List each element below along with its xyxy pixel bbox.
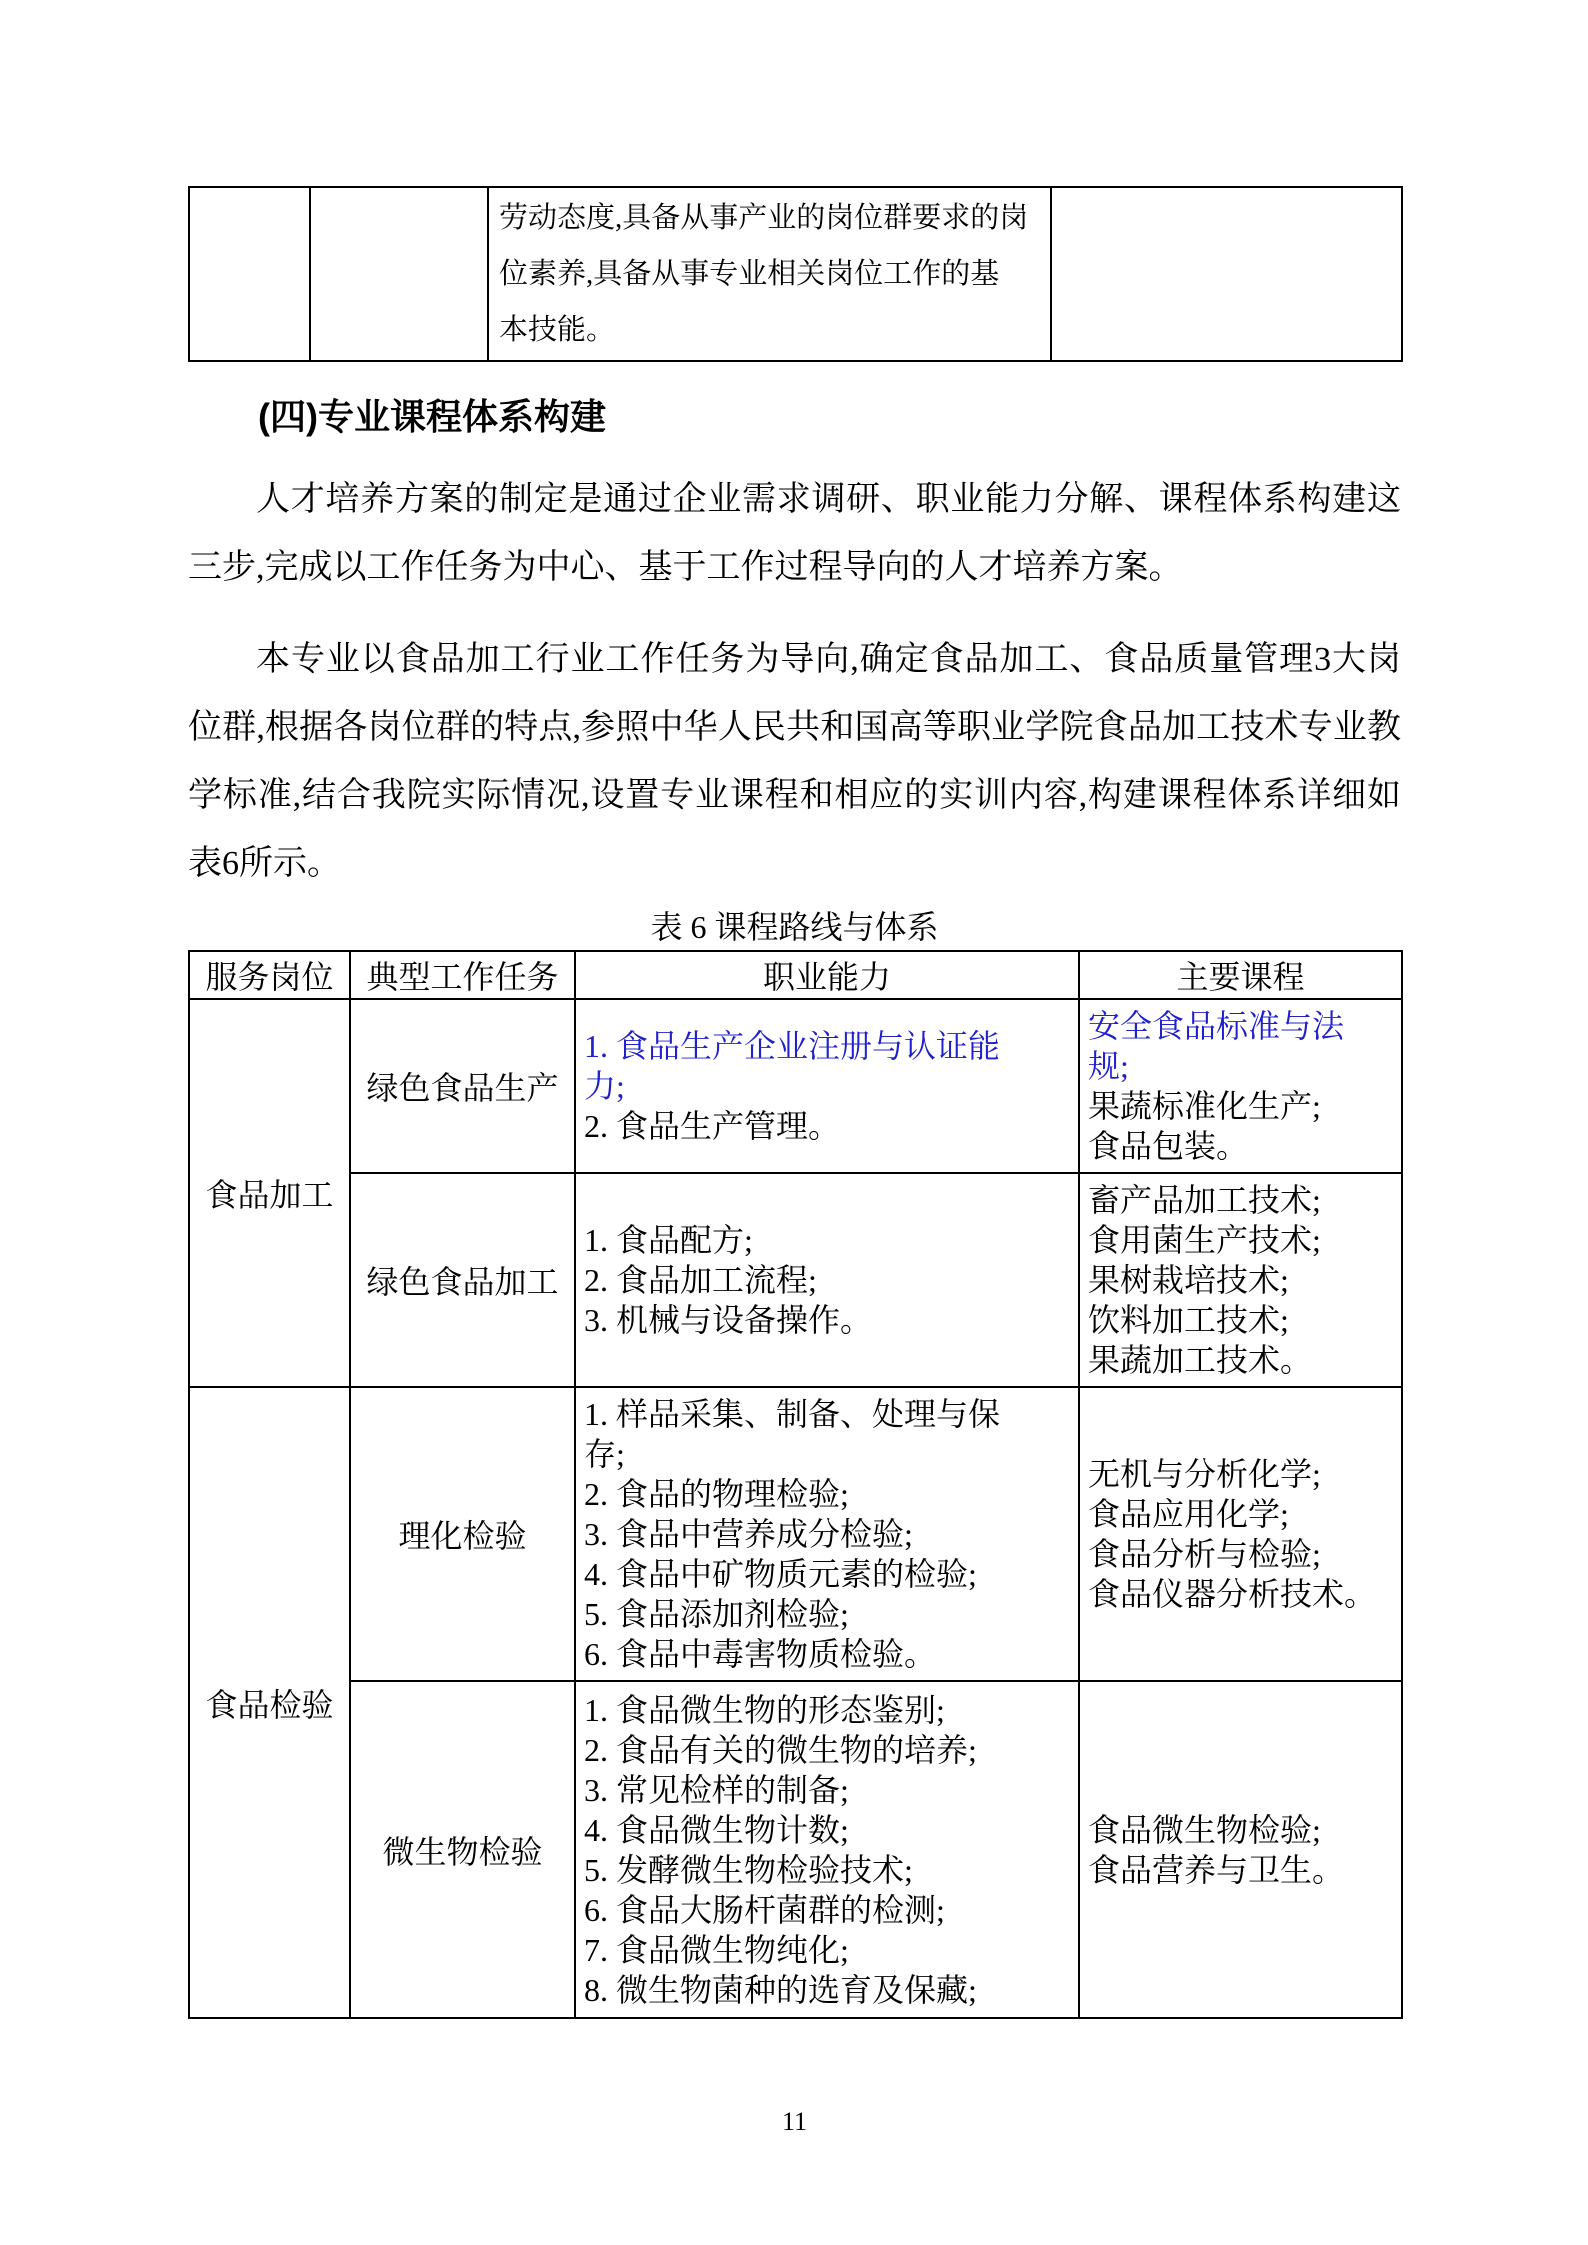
ability-line: 2. 食品的物理检验; xyxy=(584,1474,1070,1514)
ability-line: 5. 发酵微生物检验技术; xyxy=(584,1850,1070,1890)
table-row: 食品加工 绿色食品生产 1. 食品生产企业注册与认证能 力; 2. 食品生产管理… xyxy=(189,999,1402,1173)
course-line: 食品营养与卫生。 xyxy=(1088,1850,1393,1890)
header-vocational-ability: 职业能力 xyxy=(575,951,1079,999)
table-row: 绿色食品加工 1. 食品配方; 2. 食品加工流程; 3. 机械与设备操作。 畜… xyxy=(189,1173,1402,1387)
course-cell: 安全食品标准与法 规; 果蔬标准化生产; 食品包装。 xyxy=(1079,999,1402,1173)
paragraph-2: 本专业以食品加工行业工作任务为导向,确定食品加工、食品质量管理3大岗位群,根据各… xyxy=(188,626,1401,898)
course-line: 食品应用化学; xyxy=(1088,1494,1393,1534)
section-heading: (四)专业课程体系构建 xyxy=(188,392,1401,442)
ability-cell: 1. 食品微生物的形态鉴别; 2. 食品有关的微生物的培养; 3. 常见检样的制… xyxy=(575,1681,1079,2018)
course-line: 食品包装。 xyxy=(1088,1126,1393,1166)
ability-line: 4. 食品微生物计数; xyxy=(584,1810,1070,1850)
table-row: 微生物检验 1. 食品微生物的形态鉴别; 2. 食品有关的微生物的培养; 3. … xyxy=(189,1681,1402,2018)
ability-line: 存; xyxy=(584,1434,1070,1474)
course-cell: 食品微生物检验; 食品营养与卫生。 xyxy=(1079,1681,1402,2018)
course-line: 果树栽培技术; xyxy=(1088,1260,1393,1300)
table-row: 食品检验 理化检验 1. 样品采集、制备、处理与保 存; 2. 食品的物理检验;… xyxy=(189,1387,1402,1681)
ability-line: 1. 食品生产企业注册与认证能 xyxy=(584,1026,1070,1066)
continued-table-empty-cell-1 xyxy=(189,187,310,361)
ability-line: 6. 食品大肠杆菌群的检测; xyxy=(584,1890,1070,1930)
ability-line: 3. 机械与设备操作。 xyxy=(584,1300,1070,1340)
document-page: 劳动态度,具备从事产业的岗位群要求的岗 位素养,具备从事专业相关岗位工作的基 本… xyxy=(188,186,1401,2137)
header-typical-task: 典型工作任务 xyxy=(350,951,575,999)
continued-text-line: 位素养,具备从事专业相关岗位工作的基 xyxy=(499,246,1040,302)
ability-line: 力; xyxy=(584,1066,1070,1106)
course-line: 规; xyxy=(1088,1046,1393,1086)
continued-text-line: 本技能。 xyxy=(499,302,1040,358)
course-line: 食用菌生产技术; xyxy=(1088,1220,1393,1260)
ability-line: 3. 食品中营养成分检验; xyxy=(584,1514,1070,1554)
course-system-table: 服务岗位 典型工作任务 职业能力 主要课程 食品加工 绿色食品生产 1. 食品生… xyxy=(188,950,1403,2019)
header-main-courses: 主要课程 xyxy=(1079,951,1402,999)
table-title: 表 6 课程路线与体系 xyxy=(188,906,1401,948)
ability-line: 1. 样品采集、制备、处理与保 xyxy=(584,1394,1070,1434)
course-line: 安全食品标准与法 xyxy=(1088,1006,1393,1046)
ability-line: 2. 食品加工流程; xyxy=(584,1260,1070,1300)
course-line: 畜产品加工技术; xyxy=(1088,1180,1393,1220)
task-cell: 绿色食品加工 xyxy=(350,1173,575,1387)
course-line: 饮料加工技术; xyxy=(1088,1300,1393,1340)
ability-cell: 1. 食品配方; 2. 食品加工流程; 3. 机械与设备操作。 xyxy=(575,1173,1079,1387)
ability-line: 1. 食品配方; xyxy=(584,1220,1070,1260)
task-cell: 绿色食品生产 xyxy=(350,999,575,1173)
course-line: 食品分析与检验; xyxy=(1088,1534,1393,1574)
course-line: 食品微生物检验; xyxy=(1088,1810,1393,1850)
paragraph-1: 人才培养方案的制定是通过企业需求调研、职业能力分解、课程体系构建这三步,完成以工… xyxy=(188,466,1401,602)
ability-line: 5. 食品添加剂检验; xyxy=(584,1594,1070,1634)
ability-line: 8. 微生物菌种的选育及保藏; xyxy=(584,1970,1070,2010)
continued-table-text-cell: 劳动态度,具备从事产业的岗位群要求的岗 位素养,具备从事专业相关岗位工作的基 本… xyxy=(488,187,1051,361)
service-post-cell: 食品检验 xyxy=(189,1387,350,2018)
ability-line: 4. 食品中矿物质元素的检验; xyxy=(584,1554,1070,1594)
ability-line: 1. 食品微生物的形态鉴别; xyxy=(584,1690,1070,1730)
ability-line: 7. 食品微生物纯化; xyxy=(584,1930,1070,1970)
task-cell: 理化检验 xyxy=(350,1387,575,1681)
ability-line: 3. 常见检样的制备; xyxy=(584,1770,1070,1810)
service-post-cell: 食品加工 xyxy=(189,999,350,1387)
continued-table-empty-cell-2 xyxy=(310,187,488,361)
course-line: 果蔬标准化生产; xyxy=(1088,1086,1393,1126)
task-cell: 微生物检验 xyxy=(350,1681,575,2018)
course-line: 无机与分析化学; xyxy=(1088,1454,1393,1494)
table-header-row: 服务岗位 典型工作任务 职业能力 主要课程 xyxy=(189,951,1402,999)
continued-table: 劳动态度,具备从事产业的岗位群要求的岗 位素养,具备从事专业相关岗位工作的基 本… xyxy=(188,186,1403,362)
continued-table-empty-cell-3 xyxy=(1051,187,1402,361)
ability-line: 2. 食品有关的微生物的培养; xyxy=(584,1730,1070,1770)
course-cell: 畜产品加工技术; 食用菌生产技术; 果树栽培技术; 饮料加工技术; 果蔬加工技术… xyxy=(1079,1173,1402,1387)
course-cell: 无机与分析化学; 食品应用化学; 食品分析与检验; 食品仪器分析技术。 xyxy=(1079,1387,1402,1681)
ability-cell: 1. 食品生产企业注册与认证能 力; 2. 食品生产管理。 xyxy=(575,999,1079,1173)
course-line: 食品仪器分析技术。 xyxy=(1088,1574,1393,1614)
header-service-post: 服务岗位 xyxy=(189,951,350,999)
continued-table-row: 劳动态度,具备从事产业的岗位群要求的岗 位素养,具备从事专业相关岗位工作的基 本… xyxy=(189,187,1402,361)
ability-line: 2. 食品生产管理。 xyxy=(584,1106,1070,1146)
page-number: 11 xyxy=(188,2107,1401,2137)
ability-cell: 1. 样品采集、制备、处理与保 存; 2. 食品的物理检验; 3. 食品中营养成… xyxy=(575,1387,1079,1681)
course-line: 果蔬加工技术。 xyxy=(1088,1340,1393,1380)
continued-text-line: 劳动态度,具备从事产业的岗位群要求的岗 xyxy=(499,190,1040,246)
ability-line: 6. 食品中毒害物质检验。 xyxy=(584,1634,1070,1674)
